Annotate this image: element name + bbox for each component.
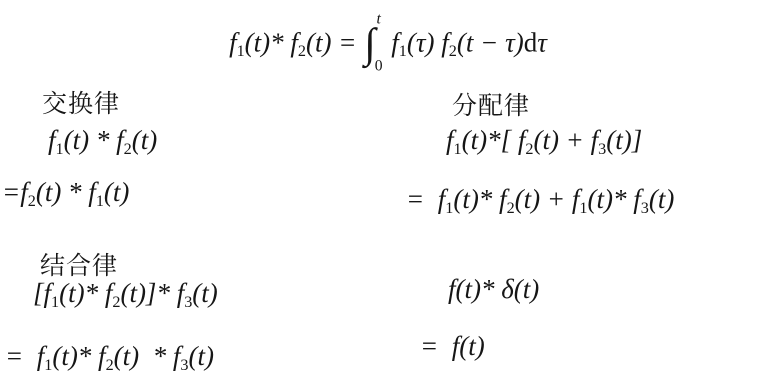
delta-identity-line1: f(t)* δ(t) <box>448 273 539 307</box>
integral-sign: ∫t0 <box>364 14 382 77</box>
distributive-law-line1: f1(t)*[ f2(t) + f3(t)] <box>446 124 642 158</box>
slide: f1(t)* f2(t) = ∫t0 f1(τ) f2(t − τ)dτ 交换律… <box>0 0 776 391</box>
delta-identity-line2: = f(t) <box>420 330 485 364</box>
convolution-definition-formula: f1(t)* f2(t) = ∫t0 f1(τ) f2(t − τ)dτ <box>0 14 776 77</box>
distributive-law-heading: 分配律 <box>452 86 530 122</box>
commutative-law-line1: f1(t) * f2(t) <box>48 124 157 158</box>
commutative-law-heading: 交换律 <box>42 84 120 120</box>
distributive-law-line2: = f1(t)* f2(t) + f1(t)* f3(t) <box>406 183 674 217</box>
associative-law-line2: = f1(t)* f2(t) * f3(t) <box>5 340 214 374</box>
commutative-law-line2: =f2(t) * f1(t) <box>2 176 129 210</box>
associative-law-line1: [f1(t)* f2(t)]* f3(t) <box>33 277 218 311</box>
